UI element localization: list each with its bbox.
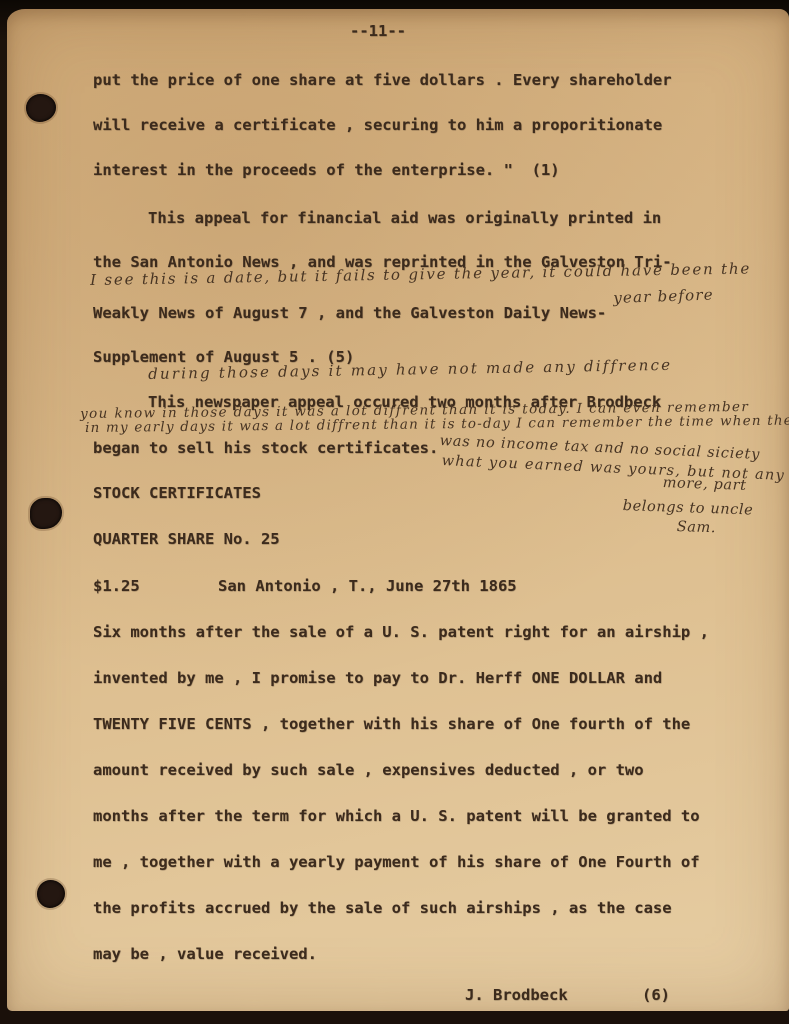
signature-name: J. Brodbeck [465, 986, 568, 1004]
certificate-place-date: San Antonio , T., June 27th 1865 [218, 577, 517, 595]
page-number: --11-- [7, 22, 749, 40]
document-page: --11-- put the price of one share at fiv… [7, 9, 789, 1011]
stock-certificates-heading: STOCK CERTIFICATES [93, 484, 261, 502]
typed-line-17: the profits accrued by the sale of such … [93, 899, 672, 917]
handwritten-note-more-part: more, part [662, 475, 746, 494]
typed-line-3: This appeal for financial aid was origin… [148, 209, 661, 227]
punch-hole-middle [30, 498, 62, 529]
typed-line-1: will receive a certificate , securing to… [93, 116, 662, 134]
handwritten-note-sam: Sam. [676, 519, 716, 536]
quarter-share-heading: QUARTER SHARE No. 25 [93, 530, 280, 548]
typed-line-12: invented by me , I promise to pay to Dr.… [93, 669, 662, 687]
typed-line-5: Weakly News of August 7 , and the Galves… [93, 304, 606, 322]
punch-hole-top [26, 94, 56, 122]
typed-line-18: may be , value received. [93, 945, 317, 963]
handwritten-note-belongs-to-uncle: belongs to uncle [622, 498, 753, 519]
punch-hole-bottom [37, 880, 65, 908]
typed-line-8: began to sell his stock certificates. [93, 439, 438, 457]
typed-line-0: put the price of one share at five dolla… [93, 71, 672, 89]
typed-line-14: amount received by such sale , expensive… [93, 761, 644, 779]
certificate-amount: $1.25 [93, 577, 140, 595]
typed-line-16: me , together with a yearly payment of h… [93, 853, 700, 871]
typed-line-15: months after the term for which a U. S. … [93, 807, 700, 825]
typed-line-11: Six months after the sale of a U. S. pat… [93, 623, 709, 641]
handwritten-note-year-before: year before [613, 285, 714, 306]
typed-line-13: TWENTY FIVE CENTS , together with his sh… [93, 715, 690, 733]
typed-line-2: interest in the proceeds of the enterpri… [93, 161, 560, 179]
signature-citation: (6) [642, 986, 670, 1004]
